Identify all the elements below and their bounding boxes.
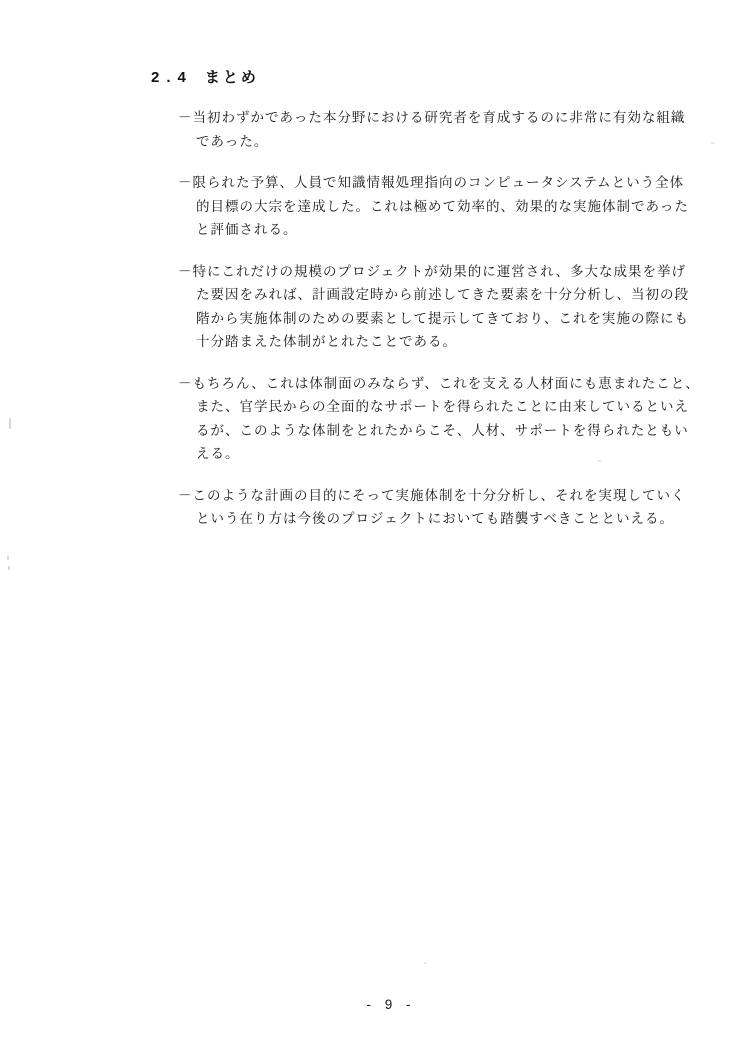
scanned-document-page: 2.4まとめ －当初わずかであった本分野における研究者を育成するのに非常に有効な… bbox=[0, 0, 750, 1054]
text-line: －もちろん、これは体制面のみならず、これを支える人材面にも恵まれたこと、 bbox=[196, 372, 718, 396]
text-line: であった。 bbox=[196, 130, 718, 154]
bullet-paragraph: －限られた予算、人員で知識情報処理指向のコンピュータシステムという全体 的目標の… bbox=[178, 171, 718, 242]
text-line: －当初わずかであった本分野における研究者を育成するのに非常に有効な組織 bbox=[196, 106, 718, 130]
bullet-paragraph: －このような計画の目的にそって実施体制を十分分析し、それを実現していく という在… bbox=[178, 484, 718, 531]
text-line: るが、このような体制をとれたからこそ、人材、サポートを得られたともい bbox=[196, 419, 718, 443]
bullet-paragraph: －当初わずかであった本分野における研究者を育成するのに非常に有効な組織 であった… bbox=[178, 106, 718, 153]
body-text: －当初わずかであった本分野における研究者を育成するのに非常に有効な組織 であった… bbox=[178, 106, 718, 549]
text-line: 的目標の大宗を達成した。これは極めて効率的、効果的な実施体制であった bbox=[196, 195, 718, 219]
text-line: という在り方は今後のプロジェクトにおいても踏襲すべきことといえる。 bbox=[196, 507, 718, 531]
text-line: た要因をみれば、計画設定時から前述してきた要素を十分分析し、当初の段 bbox=[196, 283, 718, 307]
text-line: －特にこれだけの規模のプロジェクトが効果的に運営され、多大な成果を挙げ bbox=[196, 260, 718, 284]
section-heading: 2.4まとめ bbox=[151, 66, 259, 87]
scan-speckle bbox=[8, 566, 10, 570]
page-number: - 9 - bbox=[16, 997, 750, 1012]
section-number: 2.4 bbox=[151, 69, 193, 86]
scan-speckle bbox=[597, 460, 602, 462]
text-line: －このような計画の目的にそって実施体制を十分分析し、それを実現していく bbox=[196, 484, 718, 508]
scan-speckle bbox=[9, 418, 11, 429]
section-title: まとめ bbox=[205, 69, 259, 86]
text-line: と評価される。 bbox=[196, 218, 718, 242]
scan-speckle bbox=[7, 556, 9, 560]
scan-speckle bbox=[424, 962, 427, 964]
text-line: また、官学民からの全面的なサポートを得られたことに由来しているといえ bbox=[196, 395, 718, 419]
text-line: える。 bbox=[196, 442, 718, 466]
text-line: 十分踏まえた体制がとれたことである。 bbox=[196, 330, 718, 354]
bullet-paragraph: －もちろん、これは体制面のみならず、これを支える人材面にも恵まれたこと、 また、… bbox=[178, 372, 718, 466]
bullet-paragraph: －特にこれだけの規模のプロジェクトが効果的に運営され、多大な成果を挙げ た要因を… bbox=[178, 260, 718, 354]
text-line: 階から実施体制のための要素として提示してきており、これを実施の際にも bbox=[196, 307, 718, 331]
text-line: －限られた予算、人員で知識情報処理指向のコンピュータシステムという全体 bbox=[196, 171, 718, 195]
scan-speckle bbox=[711, 142, 715, 144]
